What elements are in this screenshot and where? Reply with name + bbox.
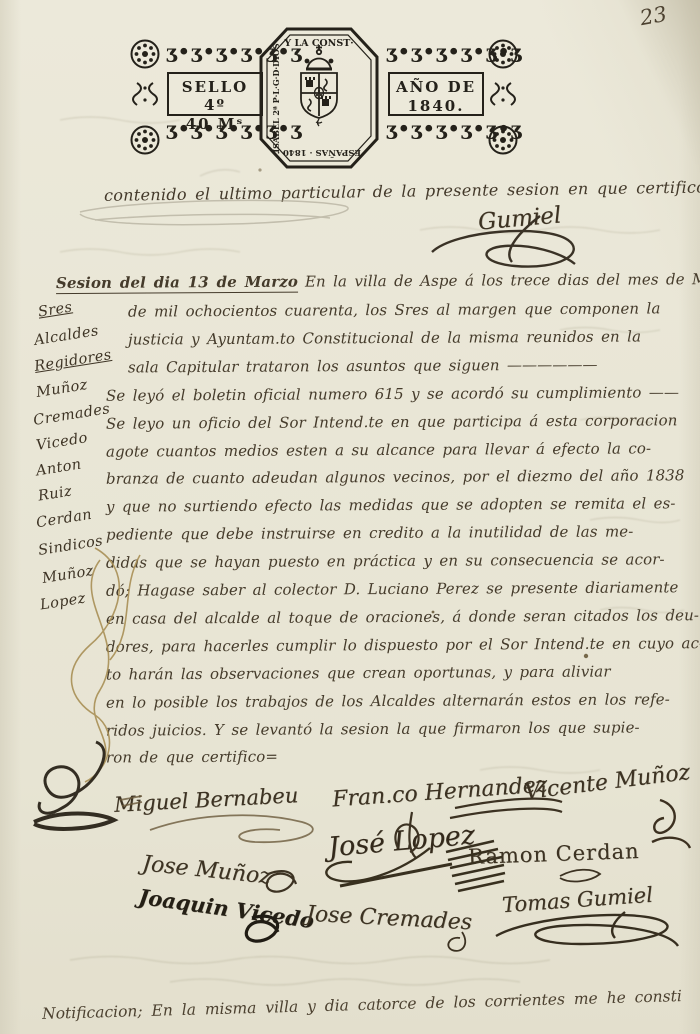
margin-item: Anton — [35, 457, 83, 480]
manuscript-line: ridos juicios. Y se levantó la sesion la… — [106, 718, 640, 739]
session-heading: Sesion del dia 13 de Marzo — [56, 273, 298, 294]
margin-item: Alcaldes — [33, 323, 100, 349]
margin-item: Vicedo — [35, 430, 89, 454]
page-number: 23 — [638, 2, 668, 30]
scroll-knot-right — [491, 83, 515, 105]
heading-rest: En la villa de Aspe á los trece dias del… — [305, 270, 700, 291]
manuscript-line: justicia y Ayuntam.to Constitucional de … — [128, 327, 641, 348]
margin-item: Cremades — [32, 401, 111, 429]
signature-jose-cremades: Jose Cremades — [305, 902, 472, 936]
signature-gumiel-top: Gumiel — [477, 202, 562, 235]
manuscript-line: agote cuantos medios esten a su alcance … — [106, 439, 651, 460]
sello-box: SELLO 4º 40 Mˢ — [167, 72, 263, 116]
seal-text-left: ISABEL 2ª P·L·G·D·DIOS — [271, 43, 281, 152]
cerdan-flourish — [560, 870, 600, 882]
margin-item: Cerdan — [35, 507, 93, 532]
signature-miguel-bernabeu: Miguel Bernabeu — [113, 783, 298, 817]
ano-line1: AÑO DE — [390, 78, 482, 96]
manuscript-line: en lo posible los trabajos de los Alcald… — [106, 690, 670, 711]
margin-item: Muñoz — [41, 563, 95, 587]
manuscript-line: Se leyo un oficio del Sor Intend.te en q… — [106, 411, 678, 432]
margin-item: Ruiz — [37, 483, 73, 504]
margin-item: Lopez — [39, 591, 87, 614]
margin-item: Regidores — [33, 347, 113, 375]
manuscript-line: sala Capitular trataron los asuntos que … — [128, 356, 598, 377]
manuscript-line: y que no surtiendo efecto las medidas qu… — [106, 494, 676, 515]
signature-vicente-munoz: Vicente Muñoz — [523, 760, 691, 805]
manuscript-line: dores, para hacerles cumplir lo dispuest… — [106, 634, 700, 656]
seal-text-bottom: ESPAÑAS · 1840 · — [277, 147, 361, 159]
session-heading-line: Sesion del dia 13 de MarzoEn la villa de… — [56, 270, 700, 292]
jose-munoz-knot — [267, 871, 296, 892]
manuscript-line: branza de cuanto adeudan algunos vecinos… — [106, 466, 685, 488]
signature-ramon-cerdan: Ramon Cerdan — [468, 839, 640, 869]
gumiel-bottom-loops — [496, 912, 678, 946]
signature-francisco-hernandez: Fran.co Hernandez — [331, 773, 548, 813]
vicente-munoz-rubric — [652, 800, 690, 848]
signature-jose-lopez: José Lopez — [327, 820, 476, 864]
prelude-line: contenido el ultimo particular de la pre… — [104, 178, 664, 205]
margin-dark-rubric — [34, 742, 114, 829]
manuscript-line: to harán las observaciones que crean opo… — [106, 662, 611, 683]
manuscript-page: 23 ʒ•ʒ•ʒ•ʒ•ʒ•ʒ ʒ•ʒ•ʒ•ʒ•ʒ•ʒ — [0, 0, 700, 1034]
signature-joaquin-vicedo: Joaquin Vicedo — [137, 884, 316, 933]
margin-item: Sindicos — [37, 533, 104, 559]
margin-item: Muñoz — [35, 377, 89, 401]
manuscript-line: dó; Hagase saber al colector D. Luciano … — [106, 578, 679, 599]
sello-line1: SELLO 4º — [169, 78, 261, 114]
signature-jose-munoz: Jose Muñoz — [141, 851, 272, 889]
scroll-knot-left — [133, 83, 157, 105]
tax-stamp-header: ʒ•ʒ•ʒ•ʒ•ʒ•ʒ ʒ•ʒ•ʒ•ʒ•ʒ•ʒ SELLO 4º 40 Mˢ Y… — [129, 27, 523, 169]
manuscript-line: didas que se hayan puesto en práctica y … — [106, 550, 665, 571]
ano-box: AÑO DE 1840. — [388, 72, 484, 116]
manuscript-line: en casa del alcalde al toque de oracione… — [106, 606, 699, 628]
signature-tomas-gumiel: Tomas Gumiel — [501, 883, 653, 917]
manuscript-line: de mil ochocientos cuarenta, los Sres al… — [128, 299, 661, 320]
sello-line2: 40 Mˢ — [169, 115, 261, 133]
ano-line2: 1840. — [390, 97, 482, 115]
manuscript-line: ron de que certifico= — [106, 747, 278, 766]
rosette-ornament-left — [129, 37, 163, 159]
manuscript-line: pediente que debe instruirse en credito … — [106, 522, 634, 543]
rosette-ornament-right — [486, 37, 520, 159]
manuscript-line: Se leyó el boletin oficial numero 615 y … — [106, 383, 679, 405]
royal-seal-octagon: Y LA CONST· REINA DE LAS ISABEL 2ª P·L·G… — [259, 27, 379, 169]
notification-line: Notificacion; En la misma villa y dia ca… — [42, 987, 682, 1023]
margin-item: Sres — [37, 299, 74, 320]
